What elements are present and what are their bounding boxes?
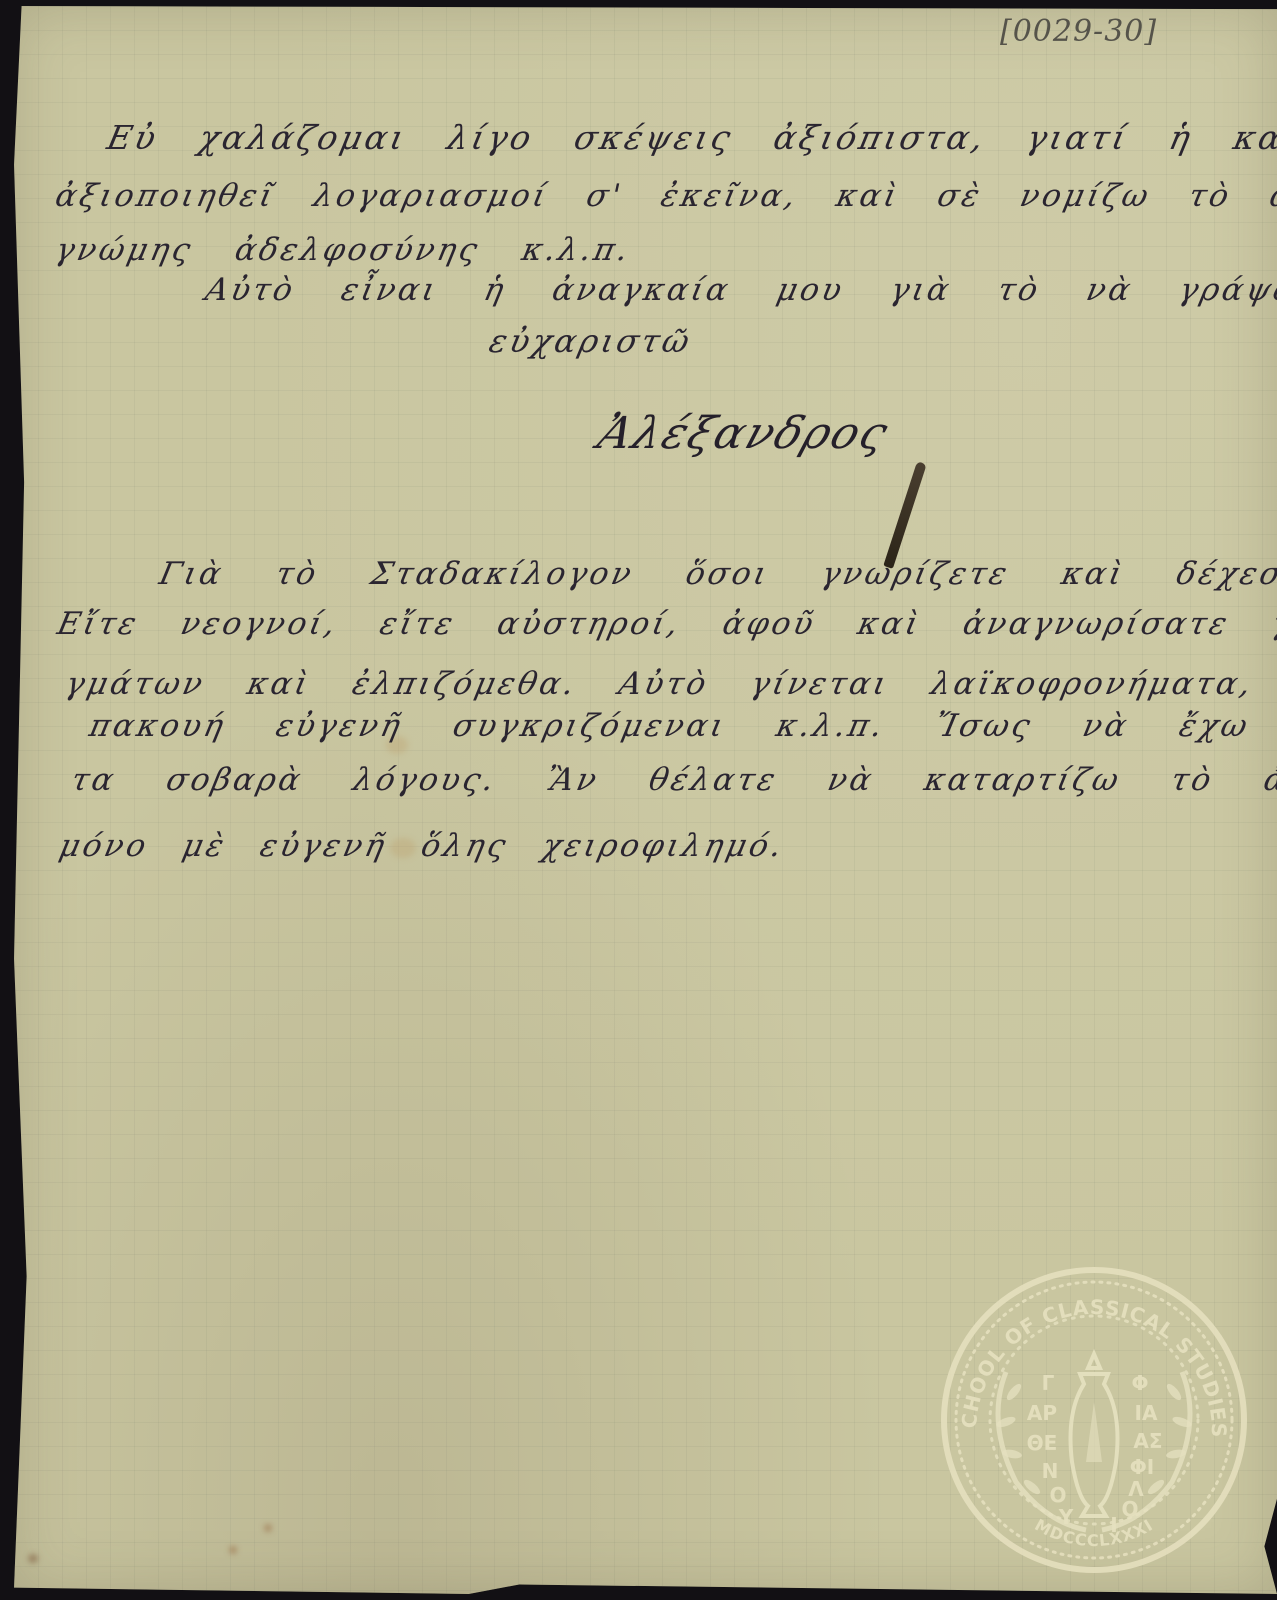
svg-text:ΙΑ: ΙΑ [1135,1401,1158,1425]
svg-text:Ο: Ο [1121,1497,1138,1521]
handwritten-line: γνώμης ἀδελφοσύνης κ.λ.π. [52,232,634,268]
handwritten-line: γμάτων καὶ ἐλπιζόμεθα. Αὐτὸ γίνεται λαϊκ… [62,666,1277,702]
stain [229,1546,237,1554]
handwritten-line: Γιὰ τὸ Σταδακίλογον ὅσοι γνωρίζετε καὶ δ… [156,556,1277,592]
svg-text:Ι: Ι [1110,1513,1117,1537]
svg-text:AMERICAN SCHOOL OF CLASSICAL S: AMERICAN SCHOOL OF CLASSICAL STUDIES AT … [936,1262,1231,1438]
embossed-seal: AMERICAN SCHOOL OF CLASSICAL STUDIES AT … [936,1262,1252,1578]
handwritten-line: Αὐτὸ εἶναι ἡ ἀναγκαία μου γιὰ τὸ νὰ γράψ… [202,272,1277,308]
handwritten-line: Εὐ χαλάζομαι λίγο σκέψεις ἀξιόπιστα, για… [104,118,1277,157]
handwritten-line: πακουή εὐγενῆ συγκριζόμεναι κ.λ.π. Ἴσως … [86,708,1277,744]
svg-text:Υ: Υ [1058,1505,1074,1529]
svg-text:Ο: Ο [1049,1483,1066,1507]
handwritten-line: τα σοβαρὰ λόγους. Ἂν θέλατε νὰ καταρτίζω… [68,762,1277,798]
svg-text:ΘΕ: ΘΕ [1027,1431,1058,1455]
svg-text:Ν: Ν [1042,1459,1059,1483]
document-scan: [0029-30] Εὐ χαλάζομαι λίγο σκέψεις ἀξιό… [0,0,1277,1600]
svg-text:Φ: Φ [1131,1371,1148,1395]
stain [264,1524,272,1532]
svg-text:ΑΣ: ΑΣ [1133,1429,1162,1453]
signature: Ἀλέξανδρος [592,408,896,459]
handwritten-line: Εἴτε νεογνοί, εἴτε αὐστηροί, ἀφοῦ καὶ ἀν… [54,606,1277,642]
handwritten-closing: εὐχαριστῶ [486,322,696,360]
svg-text:ΦΙ: ΦΙ [1130,1455,1154,1479]
handwritten-line: μόνο μὲ εὐγενῆ ὅλης χειροφιλημό. [56,828,788,864]
handwritten-line: ἀξιοποιηθεῖ λογαριασμοί σ' ἐκεῖνα, καὶ σ… [52,178,1277,214]
seal-icon: AMERICAN SCHOOL OF CLASSICAL STUDIES AT … [936,1262,1252,1578]
svg-text:ΑΡ: ΑΡ [1027,1401,1057,1425]
stain [28,1554,38,1563]
svg-text:Γ: Γ [1042,1371,1055,1395]
archive-reference-label: [0029-30] [1000,14,1157,49]
